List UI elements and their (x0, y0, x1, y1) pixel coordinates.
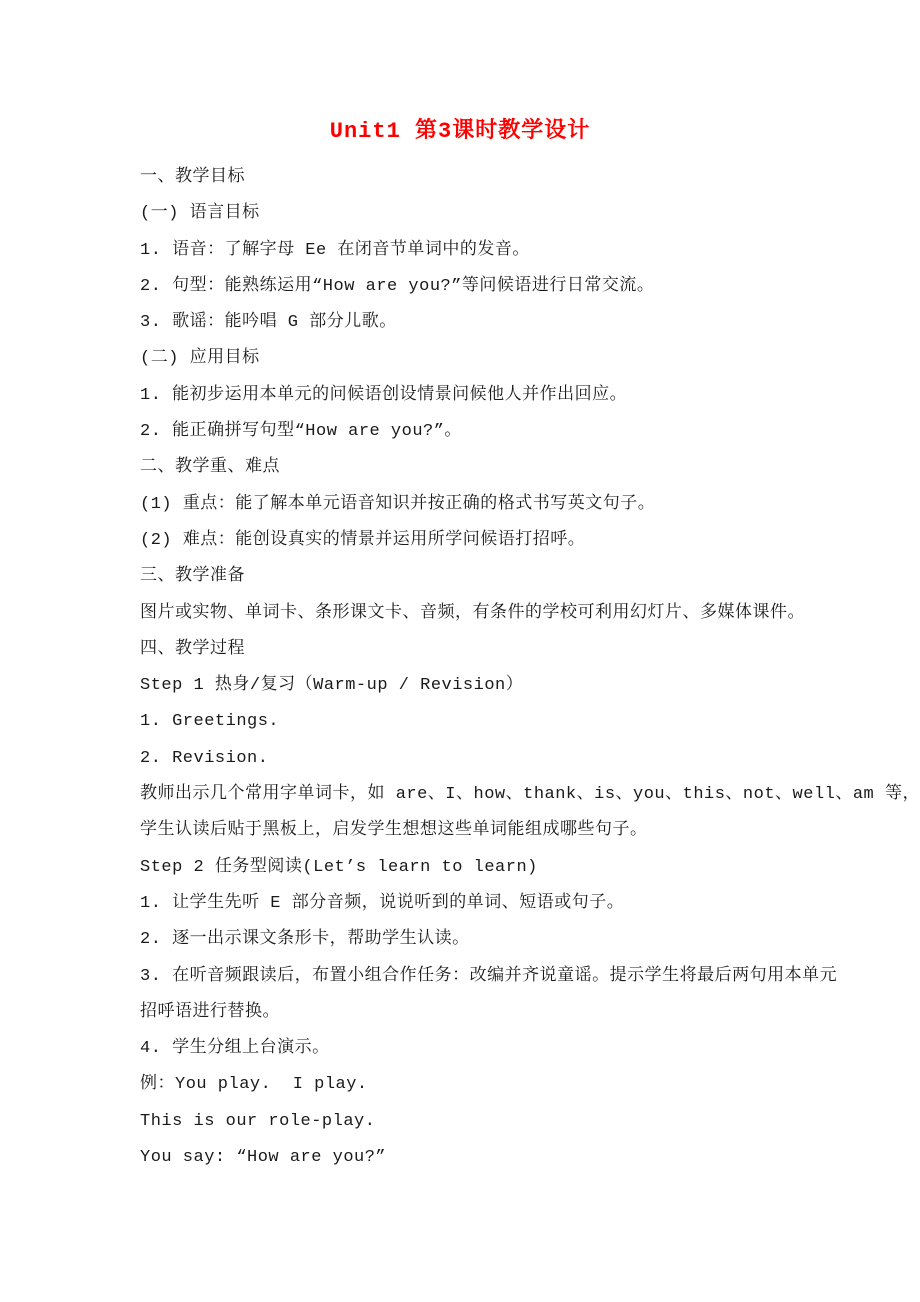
document-page: Unit1 第3课时教学设计 一、教学目标 (一) 语言目标 1. 语音：了解字… (0, 0, 920, 1302)
para-group-task-line-2: 招呼语进行替换。 (140, 995, 830, 1031)
item-show-strip-cards: 2. 逐一出示课文条形卡，帮助学生认读。 (140, 922, 830, 958)
item-sentence-pattern-goal: 2. 句型：能熟练运用“How are you?”等问候语进行日常交流。 (140, 269, 830, 305)
para-word-cards-line-1: 教师出示几个常用字单词卡，如 are、I、how、thank、is、you、th… (140, 777, 830, 813)
para-group-task-line-1: 3. 在听音频跟读后，布置小组合作任务：改编并齐说童谣。提示学生将最后两句用本单… (140, 959, 830, 995)
para-word-cards-line-2: 学生认读后贴于黑板上，启发学生想想这些单词能组成哪些句子。 (140, 813, 830, 849)
item-listen-audio: 1. 让学生先听 E 部分音频，说说听到的单词、短语或句子。 (140, 886, 830, 922)
heading-teaching-preparation: 三、教学准备 (140, 559, 830, 595)
item-difficult-point: (2) 难点：能创设真实的情景并运用所学问候语打招呼。 (140, 523, 830, 559)
heading-language-goals: (一) 语言目标 (140, 196, 830, 232)
para-preparation-materials: 图片或实物、单词卡、条形课文卡、音频，有条件的学校可利用幻灯片、多媒体课件。 (140, 596, 830, 632)
item-pronunciation-goal: 1. 语音：了解字母 Ee 在闭音节单词中的发音。 (140, 233, 830, 269)
heading-teaching-goals: 一、教学目标 (140, 160, 830, 196)
heading-teaching-process: 四、教学过程 (140, 632, 830, 668)
item-chant-goal: 3. 歌谣：能吟唱 G 部分儿歌。 (140, 305, 830, 341)
item-application-goal-2: 2. 能正确拼写句型“How are you?”。 (140, 414, 830, 450)
item-group-performance: 4. 学生分组上台演示。 (140, 1031, 830, 1067)
example-you-play: 例：You play. I play. (140, 1067, 830, 1103)
heading-step-2: Step 2 任务型阅读(Let’s learn to learn) (140, 850, 830, 886)
heading-application-goals: (二) 应用目标 (140, 341, 830, 377)
heading-key-difficult-points: 二、教学重、难点 (140, 450, 830, 486)
item-revision: 2. Revision. (140, 741, 830, 777)
example-you-say: You say: “How are you?” (140, 1140, 830, 1176)
item-key-point: (1) 重点：能了解本单元语音知识并按正确的格式书写英文句子。 (140, 487, 830, 523)
heading-step-1: Step 1 热身/复习（Warm-up / Revision） (140, 668, 830, 704)
item-greetings: 1. Greetings. (140, 704, 830, 740)
document-body: 一、教学目标 (一) 语言目标 1. 语音：了解字母 Ee 在闭音节单词中的发音… (140, 160, 830, 1176)
document-title: Unit1 第3课时教学设计 (0, 113, 920, 144)
item-application-goal-1: 1. 能初步运用本单元的问候语创设情景问候他人并作出回应。 (140, 378, 830, 414)
example-role-play: This is our role-play. (140, 1104, 830, 1140)
